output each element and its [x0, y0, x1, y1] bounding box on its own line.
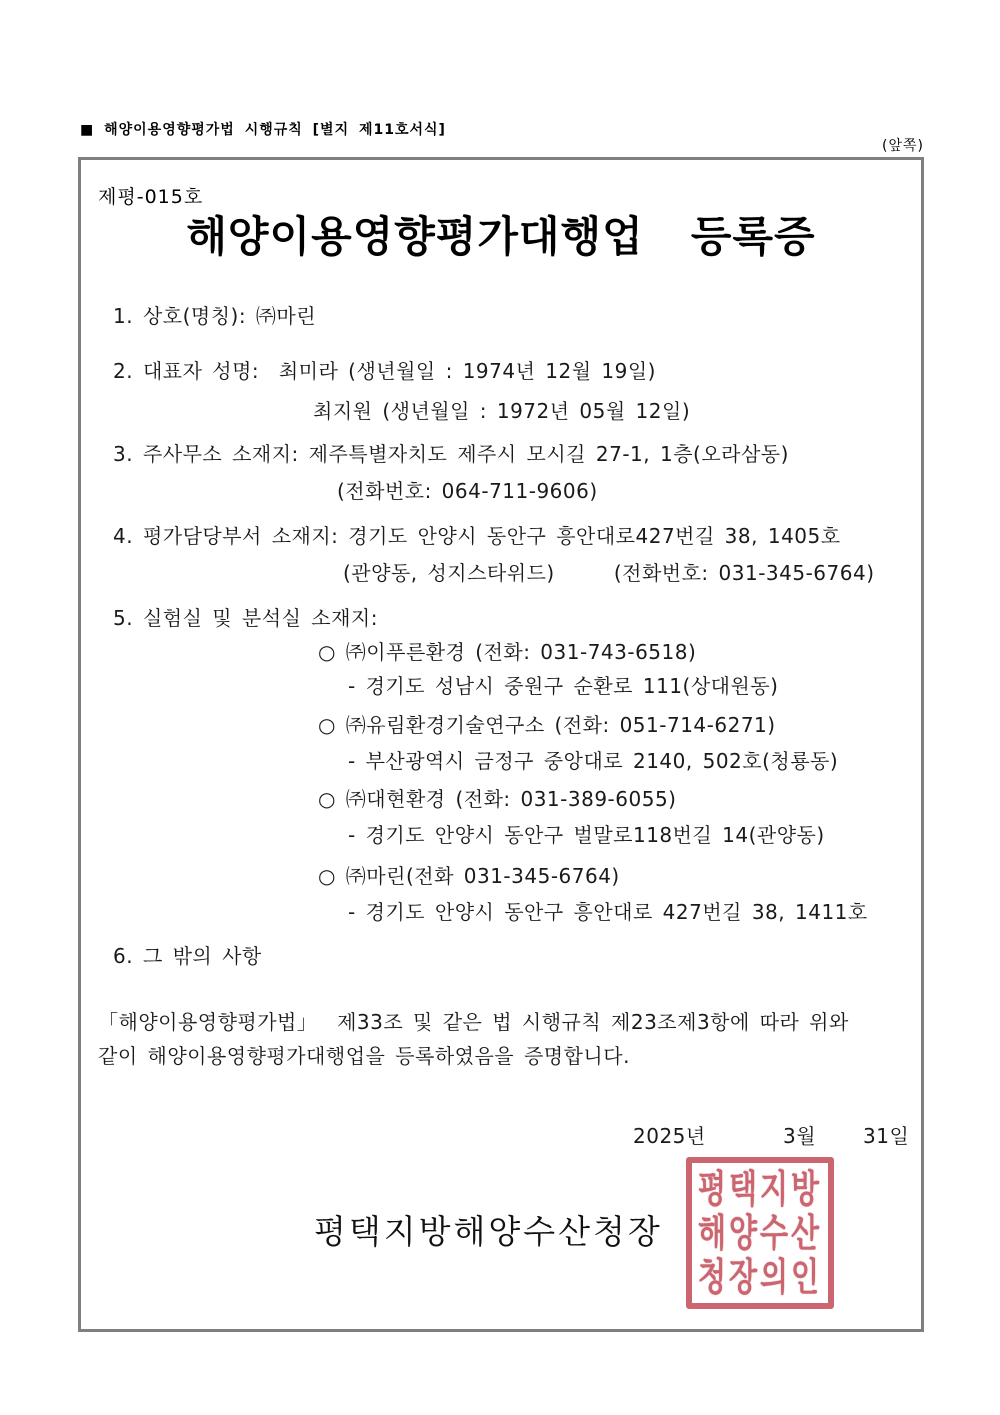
statement-line-1: 「해양이용영향평가법」 제33조 및 같은 법 시행규칙 제23조제3항에 따라…	[98, 1006, 849, 1035]
field-representative-2: 최지원 (생년월일 : 1972년 05월 12일)	[313, 395, 690, 424]
field-assessment-dept-address: 4. 평가담당부서 소재지: 경기도 안양시 동안구 흥안대로427번길 38,…	[113, 520, 841, 549]
official-seal: 평택지방 해양수산 청장의인	[686, 1157, 834, 1309]
lab-item-name: ○ ㈜유림환경기술연구소 (전화: 051-714-6271)	[318, 709, 776, 738]
seal-row: 평택지방	[698, 1170, 822, 1208]
statement-line-2: 같이 해양이용영향평가대행업을 등록하였음을 증명합니다.	[98, 1040, 630, 1069]
lab-item-address: - 경기도 안양시 동안구 흥안대로 427번길 38, 1411호	[348, 896, 868, 925]
certificate-box: 제평-015호 해양이용영향평가대행업 등록증 1. 상호(명칭): ㈜마린 2…	[78, 157, 924, 1332]
field-company-name: 1. 상호(명칭): ㈜마린	[113, 300, 316, 329]
field-assessment-dept-phone: (관양동, 성지스타위드) (전화번호: 031-345-6764)	[343, 557, 875, 586]
issuer-title: 평택지방해양수산청장	[314, 1206, 663, 1253]
field-labs-heading: 5. 실험실 및 분석실 소재지:	[113, 602, 378, 631]
field-head-office-address: 3. 주사무소 소재지: 제주특별자치도 제주시 모시길 27-1, 1층(오라…	[113, 438, 789, 467]
form-header-notice: ■ 해양이용영향평가법 시행규칙 [별지 제11호서식]	[80, 119, 446, 139]
certificate-title: 해양이용영향평가대행업 등록증	[81, 204, 921, 264]
issue-date-year: 2025년	[633, 1120, 706, 1149]
seal-row: 해양수산	[698, 1214, 822, 1252]
field-representative-1: 2. 대표자 성명: 최미라 (생년월일 : 1974년 12월 19일)	[113, 355, 656, 384]
issue-date-day: 31일	[863, 1120, 909, 1149]
lab-item-address: - 경기도 성남시 중원구 순환로 111(상대원동)	[348, 670, 778, 699]
lab-item-name: ○ ㈜이푸른환경 (전화: 031-743-6518)	[318, 636, 696, 665]
lab-item-name: ○ ㈜마린(전화 031-345-6764)	[318, 860, 620, 889]
field-head-office-phone: (전화번호: 064-711-9606)	[337, 475, 598, 504]
front-side-label: (앞쪽)	[882, 135, 924, 155]
lab-item-address: - 경기도 안양시 동안구 벌말로118번길 14(관양동)	[348, 819, 825, 848]
issue-date-month: 3월	[783, 1120, 816, 1149]
lab-item-address: - 부산광역시 금정구 중앙대로 2140, 502호(청룡동)	[348, 745, 838, 774]
seal-row: 청장의인	[698, 1258, 822, 1296]
field-others: 6. 그 밖의 사항	[113, 940, 262, 969]
lab-item-name: ○ ㈜대현환경 (전화: 031-389-6055)	[318, 783, 676, 812]
